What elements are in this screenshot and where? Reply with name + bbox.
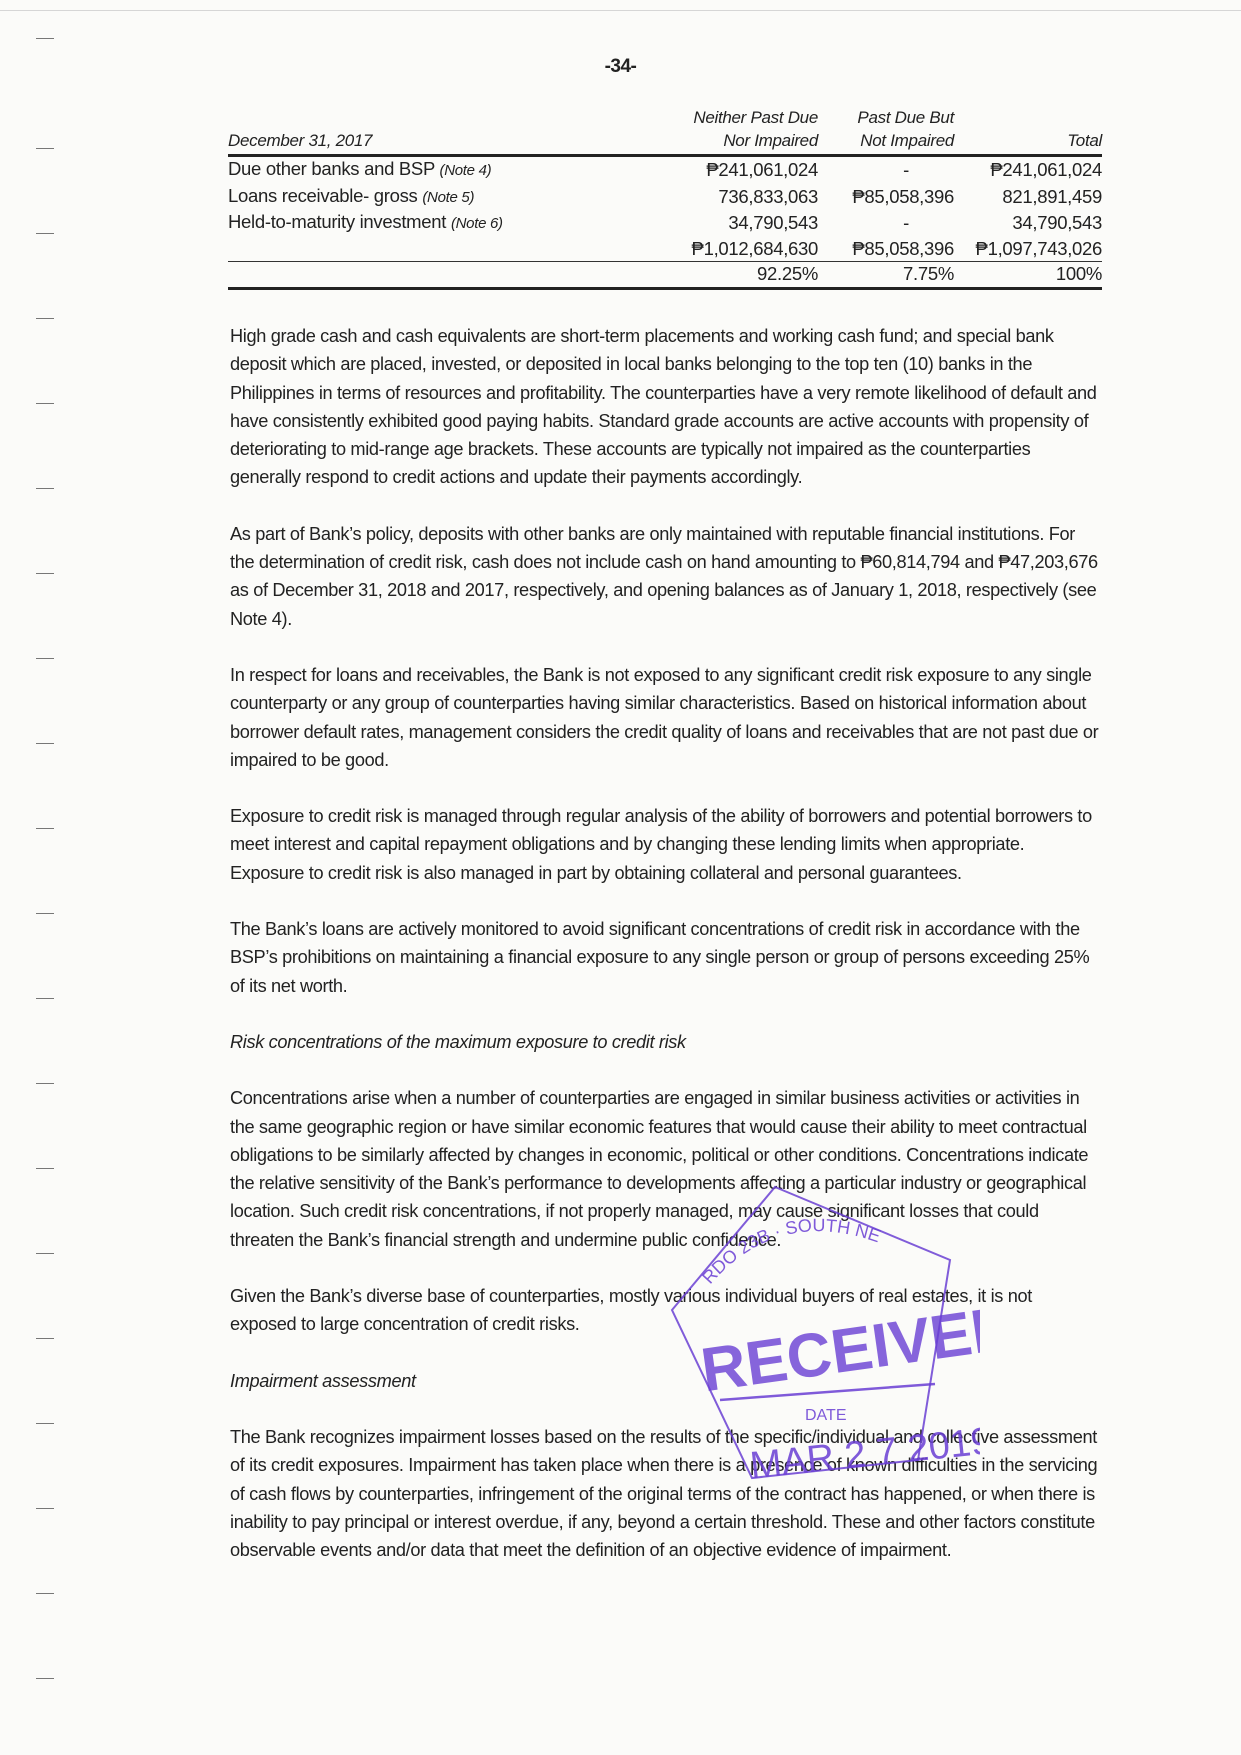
binding-mark — [36, 1593, 54, 1594]
table-header-row: December 31, 2017 Neither Past Due Nor I… — [228, 106, 1102, 156]
binding-mark — [36, 998, 54, 999]
pct-neither: 92.25% — [658, 262, 818, 289]
binding-mark — [36, 318, 54, 319]
cell-total: 821,891,459 — [954, 184, 1102, 211]
cell-neither: ₱241,061,024 — [658, 156, 818, 184]
paragraph-exposure-management: Exposure to credit risk is managed throu… — [230, 802, 1100, 887]
binding-mark — [36, 1168, 54, 1169]
heading-impairment-assessment: Impairment assessment — [230, 1367, 1100, 1395]
document-body: High grade cash and cash equivalents are… — [230, 322, 1100, 1564]
total-header: Total — [954, 106, 1102, 156]
neither-past-due-header: Neither Past Due Nor Impaired — [658, 106, 818, 156]
binding-mark — [36, 403, 54, 404]
heading-risk-concentrations: Risk concentrations of the maximum expos… — [230, 1028, 1100, 1056]
binding-mark — [36, 743, 54, 744]
row-label: Loans receivable- gross (Note 5) — [228, 184, 658, 211]
cell-total: 34,790,543 — [954, 210, 1102, 237]
paragraph-impairment: The Bank recognizes impairment losses ba… — [230, 1423, 1100, 1564]
binding-mark — [36, 828, 54, 829]
binding-mark — [36, 38, 54, 39]
paragraph-loans-receivables: In respect for loans and receivables, th… — [230, 661, 1100, 774]
binding-mark — [36, 1678, 54, 1679]
credit-quality-table: December 31, 2017 Neither Past Due Nor I… — [228, 106, 1102, 290]
paragraph-bsp-monitoring: The Bank’s loans are actively monitored … — [230, 915, 1100, 1000]
binding-mark — [36, 1508, 54, 1509]
cell-neither: 34,790,543 — [658, 210, 818, 237]
binding-mark — [36, 233, 54, 234]
binding-mark — [36, 1253, 54, 1254]
page-number: -34- — [0, 56, 1241, 78]
cell-past-due: - — [818, 156, 954, 184]
binding-mark — [36, 488, 54, 489]
totals-row: ₱1,012,684,630 ₱85,058,396 ₱1,097,743,02… — [228, 237, 1102, 262]
cell-past-due: ₱85,058,396 — [818, 184, 954, 211]
pct-past-due: 7.75% — [818, 262, 954, 289]
binding-mark — [36, 148, 54, 149]
paragraph-diverse-base: Given the Bank’s diverse base of counter… — [230, 1282, 1100, 1339]
cell-total: ₱241,061,024 — [954, 156, 1102, 184]
table-row: Loans receivable- gross (Note 5) 736,833… — [228, 184, 1102, 211]
table-row: Held-to-maturity investment (Note 6) 34,… — [228, 210, 1102, 237]
paragraph-concentrations: Concentrations arise when a number of co… — [230, 1084, 1100, 1254]
paragraph-bank-policy: As part of Bank’s policy, deposits with … — [230, 520, 1100, 633]
binding-mark — [36, 913, 54, 914]
percentage-row: 92.25% 7.75% 100% — [228, 262, 1102, 289]
cell-past-due: - — [818, 210, 954, 237]
cell-neither: 736,833,063 — [658, 184, 818, 211]
row-label: Held-to-maturity investment (Note 6) — [228, 210, 658, 237]
total-neither: ₱1,012,684,630 — [658, 237, 818, 262]
binding-mark — [36, 1338, 54, 1339]
row-label: Due other banks and BSP (Note 4) — [228, 156, 658, 184]
pct-total: 100% — [954, 262, 1102, 289]
total-past-due: ₱85,058,396 — [818, 237, 954, 262]
binding-mark — [36, 1083, 54, 1084]
paragraph-high-grade: High grade cash and cash equivalents are… — [230, 322, 1100, 492]
period-header: December 31, 2017 — [228, 106, 658, 156]
binding-mark — [36, 573, 54, 574]
binding-mark — [36, 658, 54, 659]
binding-mark — [36, 1423, 54, 1424]
past-due-header: Past Due But Not Impaired — [818, 106, 954, 156]
table-row: Due other banks and BSP (Note 4) ₱241,06… — [228, 156, 1102, 184]
scan-top-edge — [0, 10, 1241, 11]
total-total: ₱1,097,743,026 — [954, 237, 1102, 262]
